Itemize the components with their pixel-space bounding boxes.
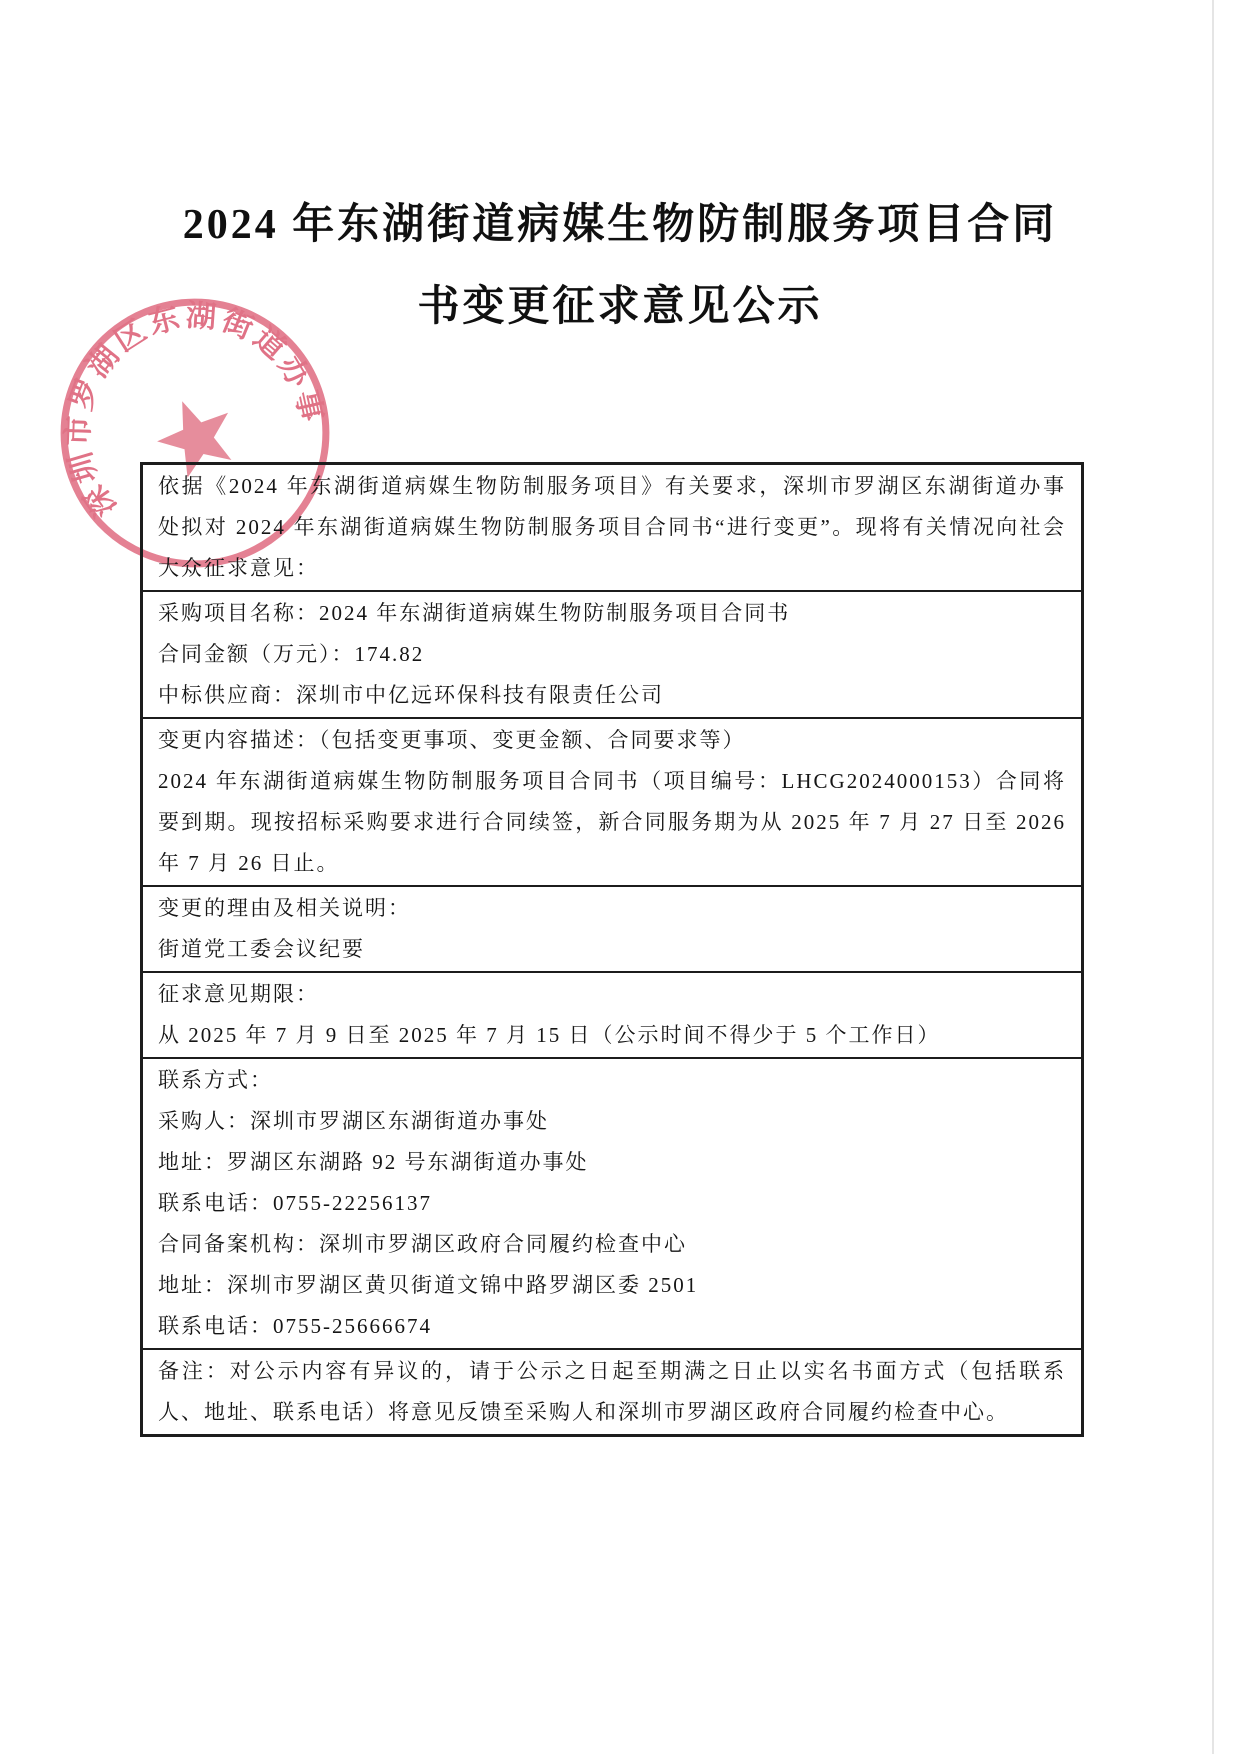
table-paragraph: 征求意见期限： bbox=[158, 974, 1066, 1015]
table-paragraph: 联系电话：0755-22256137 bbox=[158, 1183, 1066, 1224]
table-row: 备注：对公示内容有异议的，请于公示之日起至期满之日止以实名书面方式（包括联系人、… bbox=[143, 1348, 1081, 1434]
table-paragraph: 合同金额（万元）：174.82 bbox=[158, 634, 1066, 675]
table-paragraph: 变更内容描述：（包括变更事项、变更金额、合同要求等） bbox=[158, 720, 1066, 761]
table-row: 依据《2024 年东湖街道病媒生物防制服务项目》有关要求，深圳市罗湖区东湖街道办… bbox=[143, 465, 1081, 590]
table-row: 采购项目名称：2024 年东湖街道病媒生物防制服务项目合同书合同金额（万元）：1… bbox=[143, 590, 1081, 717]
table-paragraph: 采购项目名称：2024 年东湖街道病媒生物防制服务项目合同书 bbox=[158, 593, 1066, 634]
table-row: 变更的理由及相关说明：街道党工委会议纪要 bbox=[143, 885, 1081, 971]
table-paragraph: 2024 年东湖街道病媒生物防制服务项目合同书（项目编号：LHCG2024000… bbox=[158, 761, 1066, 884]
table-paragraph: 备注：对公示内容有异议的，请于公示之日起至期满之日止以实名书面方式（包括联系人、… bbox=[158, 1351, 1066, 1433]
page-title-line1: 2024 年东湖街道病媒生物防制服务项目合同 bbox=[0, 196, 1240, 254]
notice-table: 依据《2024 年东湖街道病媒生物防制服务项目》有关要求，深圳市罗湖区东湖街道办… bbox=[140, 462, 1084, 1437]
table-paragraph: 地址：罗湖区东湖路 92 号东湖街道办事处 bbox=[158, 1142, 1066, 1183]
table-paragraph: 街道党工委会议纪要 bbox=[158, 929, 1066, 970]
table-row: 征求意见期限：从 2025 年 7 月 9 日至 2025 年 7 月 15 日… bbox=[143, 971, 1081, 1057]
table-paragraph: 联系电话：0755-25666674 bbox=[158, 1306, 1066, 1347]
table-paragraph: 采购人：深圳市罗湖区东湖街道办事处 bbox=[158, 1101, 1066, 1142]
table-paragraph: 联系方式： bbox=[158, 1060, 1066, 1101]
table-row: 联系方式：采购人：深圳市罗湖区东湖街道办事处地址：罗湖区东湖路 92 号东湖街道… bbox=[143, 1057, 1081, 1348]
table-paragraph: 合同备案机构：深圳市罗湖区政府合同履约检查中心 bbox=[158, 1224, 1066, 1265]
table-paragraph: 地址：深圳市罗湖区黄贝街道文锦中路罗湖区委 2501 bbox=[158, 1265, 1066, 1306]
table-paragraph: 从 2025 年 7 月 9 日至 2025 年 7 月 15 日（公示时间不得… bbox=[158, 1015, 1066, 1056]
table-paragraph: 依据《2024 年东湖街道病媒生物防制服务项目》有关要求，深圳市罗湖区东湖街道办… bbox=[158, 466, 1066, 589]
page-title-line2: 书变更征求意见公示 bbox=[0, 278, 1240, 336]
table-paragraph: 中标供应商：深圳市中亿远环保科技有限责任公司 bbox=[158, 675, 1066, 716]
page-title: 2024 年东湖街道病媒生物防制服务项目合同 书变更征求意见公示 bbox=[0, 196, 1240, 336]
table-paragraph: 变更的理由及相关说明： bbox=[158, 888, 1066, 929]
table-row: 变更内容描述：（包括变更事项、变更金额、合同要求等）2024 年东湖街道病媒生物… bbox=[143, 717, 1081, 885]
